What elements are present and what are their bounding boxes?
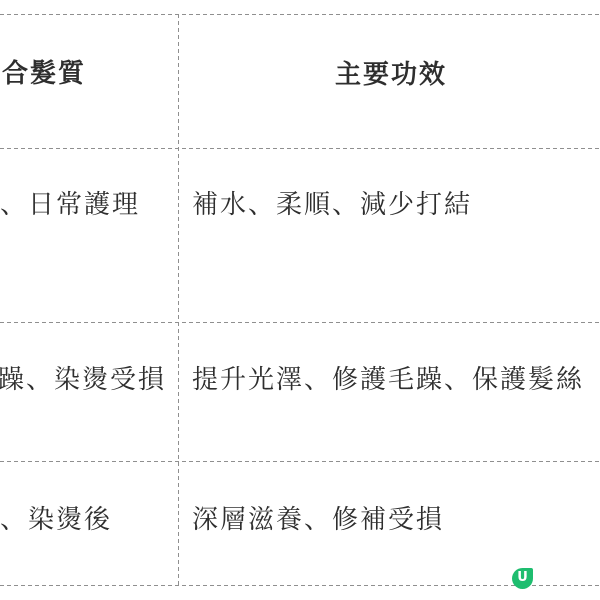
row3-cell-hair-type: 、染燙後 (0, 505, 112, 535)
row3-cell-main-effect: 深層滋養、修補受損 (192, 505, 444, 535)
table-border-bottom (0, 585, 600, 586)
row2-cell-hair-type: 躁、染燙受損 (0, 365, 166, 395)
row1-cell-main-effect: 補水、柔順、減少打結 (192, 190, 472, 220)
table-border-header-bottom (0, 148, 600, 149)
row2-cell-main-effect: 提升光澤、修護毛躁、保護髮絲 (192, 365, 584, 395)
table-border-top (0, 14, 600, 15)
row1-cell-hair-type: 、日常護理 (0, 190, 140, 220)
table-screenshot: 合髮質 主要功效 、日常護理 補水、柔順、減少打結 躁、染燙受損 提升光澤、修護… (0, 0, 600, 600)
table-column-divider (178, 14, 179, 585)
table-border-row2-bottom (0, 461, 600, 462)
header-cell-hair-type: 合髮質 (2, 59, 86, 89)
table-border-row1-bottom (0, 322, 600, 323)
watermark-letter: U (517, 571, 528, 584)
ulifestyle-watermark-logo: U (512, 568, 533, 589)
header-cell-main-effect: 主要功效 (335, 60, 447, 90)
